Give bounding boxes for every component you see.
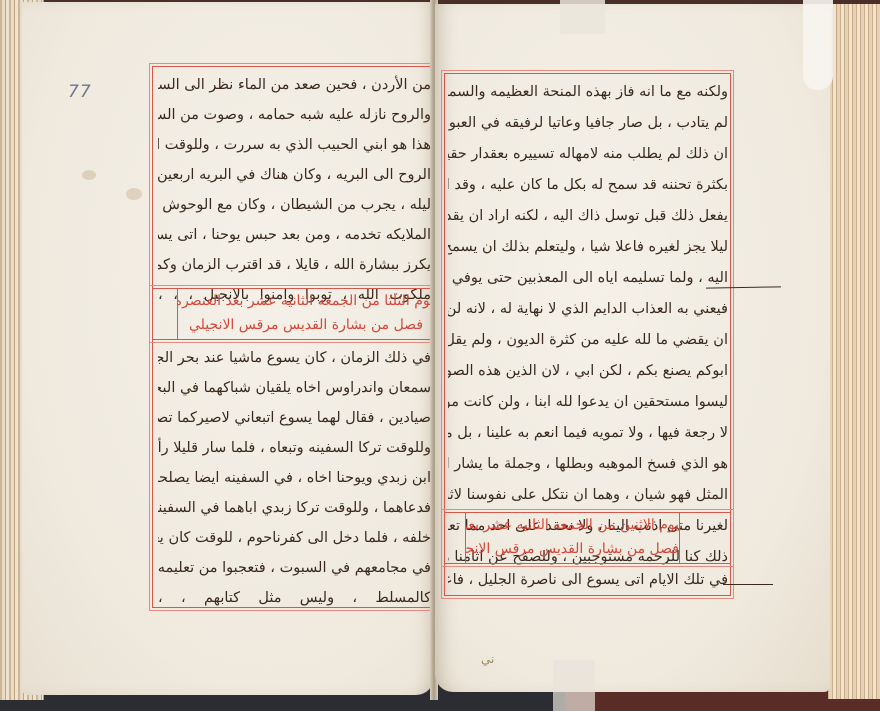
folio-number: 77 (68, 82, 92, 102)
text-line: كالمسلط ، وليس مثل كتابهم ، ، (158, 583, 431, 613)
right-bottom-text-block: في تلك الايام اتى يسوع الى ناصرة الجليل … (448, 565, 728, 597)
text-line: فدعاهما ، وللوقت تركا زبدي اباهما في الس… (158, 493, 431, 523)
text-line: ان ذلك لم يطلب منه لامهاله تسييره بعقدار… (448, 139, 728, 170)
text-line: الروح الى البريه ، وكان هناك في البريه ا… (158, 160, 431, 190)
text-line: المثل فهو شيان ، وهما ان نتكل على نفوسنا… (448, 480, 728, 511)
text-line: ليله ، يجرب من الشيطان ، وكان مع الوحوش … (158, 190, 431, 220)
text-line: ابوكم يصنع بكم ، لكن ابي ، لان الذين هذه… (448, 356, 728, 387)
left-bottom-text-block: في ذلك الزمان ، كان يسوع ماشيا عند بحر ا… (158, 343, 431, 613)
text-line: من الأردن ، فحين صعد من الماء نظر الى ال… (158, 70, 431, 100)
text-line: لم يتادب ، بل صار جافيا وعاتيا لرفيقه في… (448, 108, 728, 139)
text-line: بكثرة تحننه قد سمح له بكل ما كان عليه ، … (448, 170, 728, 201)
text-line: فيعني به العذاب الدايم الذي لا نهاية له … (448, 294, 728, 325)
text-line: يكرز ببشارة الله ، قايلا ، قد اقترب الزم… (158, 250, 431, 280)
rubric-text: يوم الاثنين من الجمعه الثانيه عشر بعد ال… (465, 513, 680, 563)
page-block-right-edge (828, 4, 880, 699)
text-line: هو الذي فسخ الموهبه وبطلها ، وجملة ما يش… (448, 449, 728, 480)
paper-tab (553, 660, 595, 711)
catchword: ني (481, 652, 494, 666)
text-line: في تلك الايام اتى يسوع الى ناصرة الجليل … (448, 565, 728, 597)
rubric-text: يوم الثلثا من الجمعه الثانيه عشر بعد الع… (177, 289, 434, 339)
text-line: في مجامعهم في السبوت ، فتعجبوا من تعليمه… (158, 553, 431, 583)
text-line: ولكنه مع ما انه فاز بهذه المنحة العظيمه … (448, 77, 728, 108)
right-top-text-block: ولكنه مع ما انه فاز بهذه المنحة العظيمه … (448, 77, 728, 573)
stain (126, 188, 142, 200)
rubric-line: يوم الاثنين من الجمعه الثانيه عشر بعد ال… (466, 513, 679, 537)
rubric-heading-right: يوم الاثنين من الجمعه الثانيه عشر بعد ال… (444, 512, 731, 564)
text-line: هذا هو ابني الحبيب الذي به سررت ، وللوقت… (158, 130, 431, 160)
paper-bookmark-tab (803, 0, 833, 90)
text-line: ليسوا مستحقين ان يدعوا لله ابنا ، ولن كا… (448, 387, 728, 418)
text-line: في ذلك الزمان ، كان يسوع ماشيا عند بحر ا… (158, 343, 431, 373)
text-line: وللوقت تركا السفينه وتبعاه ، فلما سار قل… (158, 433, 431, 463)
rubric-line: فصل من بشارة القديس مرقس الانجيلي (178, 313, 434, 337)
text-line: صيادين ، فقال لهما يسوع اتبعاني لاصيركما… (158, 403, 431, 433)
text-line: لا رجعة فيها ، ولا تمويه فيما انعم به عل… (448, 418, 728, 449)
left-top-text-block: من الأردن ، فحين صعد من الماء نظر الى ال… (158, 70, 431, 310)
text-line: سمعان واندراوس اخاه يلقيان شباكهما في ال… (158, 373, 431, 403)
rubric-line: يوم الثلثا من الجمعه الثانيه عشر بعد الع… (178, 289, 434, 313)
text-line: ان يقضي ما لله عليه من كثرة الديون ، ولم… (448, 325, 728, 356)
margin-pen-stroke (723, 584, 773, 585)
rubric-line: فصل من بشارة القديس مرقس الانجيلي (466, 537, 679, 561)
text-line: ليلا يجز لغيره فاعلا شيا ، وليتعلم بذلك … (448, 232, 728, 263)
text-line: يفعل ذلك قبل توسل ذاك اليه ، لكنه اراد ا… (448, 201, 728, 232)
manuscript-photo: 77 من الأردن ، فحين صعد من الماء نظر الى… (0, 0, 880, 711)
paper-tab (560, 0, 605, 34)
text-line: خلفه ، فلما دخل الى كفرناحوم ، للوقت كان… (158, 523, 431, 553)
text-line: الملايكه تخدمه ، ومن بعد حبس يوحنا ، اتى… (158, 220, 431, 250)
text-line: والروح نازله عليه شبه حمامه ، وصوت من ال… (158, 100, 431, 130)
rubric-heading-left: يوم الثلثا من الجمعه الثانيه عشر بعد الع… (152, 288, 435, 340)
text-line: ابن زبدي ويوحنا اخاه ، في السفينه ايضا ي… (158, 463, 431, 493)
text-line: اليه ، ولما تسليمه اياه الى المعذبين حتى… (448, 263, 728, 294)
stain (82, 170, 96, 180)
